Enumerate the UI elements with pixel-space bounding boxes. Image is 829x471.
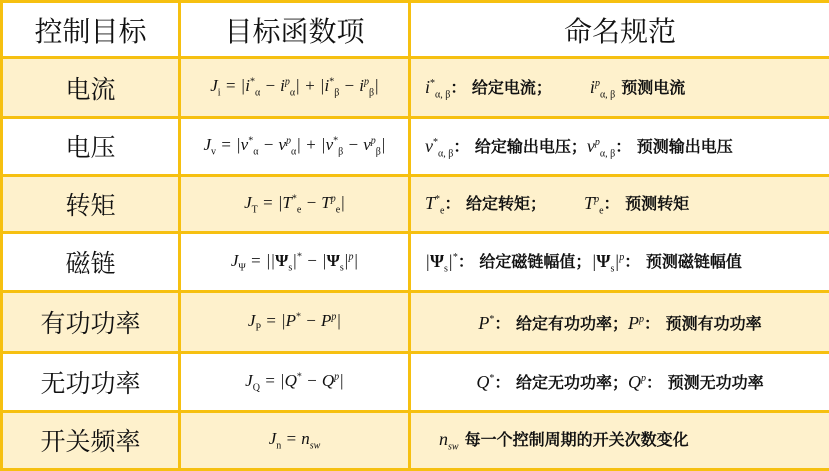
table-row: 电压 Jv = |v*α − vpα| + |v*β − vpβ| v*α, β… [2,117,829,175]
table-row: 无功功率 JQ = |Q* − Qp| Q*： 给定无功功率；Qp： 预测无功功… [2,353,829,411]
naming-cell: i*α, β： 给定电流；ipα, β预测电流 [410,58,829,117]
control-objective-table: 控制目标 目标函数项 命名规范 电流 Ji = |i*α − ipα| + |i… [0,0,829,471]
pred-label: ： 预测有功功率 [644,314,762,333]
formula-cell: JQ = |Q* − Qp| [180,353,410,411]
formula-cell: JT = |T*e − Tpe| [180,176,410,233]
ref-symbol: v*α, β [425,136,453,156]
target-cell: 有功功率 [2,291,180,352]
pred-symbol: ipα, β [590,77,615,97]
table-row: 有功功率 JP = |P* − Pp| P*： 给定有功功率；Pp： 预测有功功… [2,291,829,352]
ref-symbol: Q* [476,372,494,392]
formula-cell: Ji = |i*α − ipα| + |i*β − ipβ| [180,58,410,117]
target-cell: 无功功率 [2,353,180,411]
pred-symbol: vpα, β [587,136,615,156]
pred-label: ： 预测磁链幅值 [624,252,742,271]
pred-symbol: Tpe [584,193,603,213]
ref-label: ： 给定磁链幅值； [458,252,592,271]
formula-cell: Jv = |v*α − vpα| + |v*β − vpβ| [180,117,410,175]
naming-cell: T*e： 给定转矩；Tpe： 预测转矩 [410,176,829,233]
pred-label: ： 预测转矩 [604,194,690,213]
ref-symbol: T*e [425,193,444,213]
ref-label: ： 给定输出电压； [453,137,587,156]
pred-label: ： 预测输出电压 [615,137,733,156]
ref-symbol: P* [478,313,494,333]
pred-symbol: Pp [628,313,644,333]
target-cell: 开关频率 [2,411,180,469]
header-control-target: 控制目标 [2,2,180,58]
table-row: 转矩 JT = |T*e − Tpe| T*e： 给定转矩；Tpe： 预测转矩 [2,176,829,233]
target-cell: 电流 [2,58,180,117]
pred-label: 预测电流 [621,78,685,97]
formula-cell: Jn = nsw [180,411,410,469]
table-row: 电流 Ji = |i*α − ipα| + |i*β − ipβ| i*α, β… [2,58,829,117]
naming-cell: v*α, β： 给定输出电压；vpα, β： 预测输出电压 [410,117,829,175]
target-cell: 磁链 [2,233,180,291]
pred-symbol: Qp [628,372,646,392]
table-row: 开关频率 Jn = nsw nsw每一个控制周期的开关次数变化 [2,411,829,469]
ref-symbol: i*α, β [425,77,450,97]
ref-label: ： 给定转矩； [444,194,546,213]
pred-label: ： 预测无功功率 [646,373,764,392]
ref-label: 每一个控制周期的开关次数变化 [465,430,689,449]
header-row: 控制目标 目标函数项 命名规范 [2,2,829,58]
naming-cell: P*： 给定有功功率；Pp： 预测有功功率 [410,291,829,352]
formula-cell: JP = |P* − Pp| [180,291,410,352]
formula-cell: JΨ = ||Ψs|* − |Ψs|p| [180,233,410,291]
ref-label: ： 给定无功功率； [494,373,628,392]
ref-label: ： 给定有功功率； [494,314,628,333]
naming-cell: nsw每一个控制周期的开关次数变化 [410,411,829,469]
ref-label: ： 给定电流； [450,78,552,97]
table-row: 磁链 JΨ = ||Ψs|* − |Ψs|p| |Ψs|*： 给定磁链幅值；|Ψ… [2,233,829,291]
ref-symbol: nsw [439,429,459,449]
target-cell: 转矩 [2,176,180,233]
pred-symbol: |Ψs|p [591,251,624,271]
naming-cell: Q*： 给定无功功率；Qp： 预测无功功率 [410,353,829,411]
target-cell: 电压 [2,117,180,175]
naming-cell: |Ψs|*： 给定磁链幅值；|Ψs|p： 预测磁链幅值 [410,233,829,291]
ref-symbol: |Ψs|* [425,251,458,271]
header-naming-convention: 命名规范 [410,2,829,58]
header-objective-term: 目标函数项 [180,2,410,58]
